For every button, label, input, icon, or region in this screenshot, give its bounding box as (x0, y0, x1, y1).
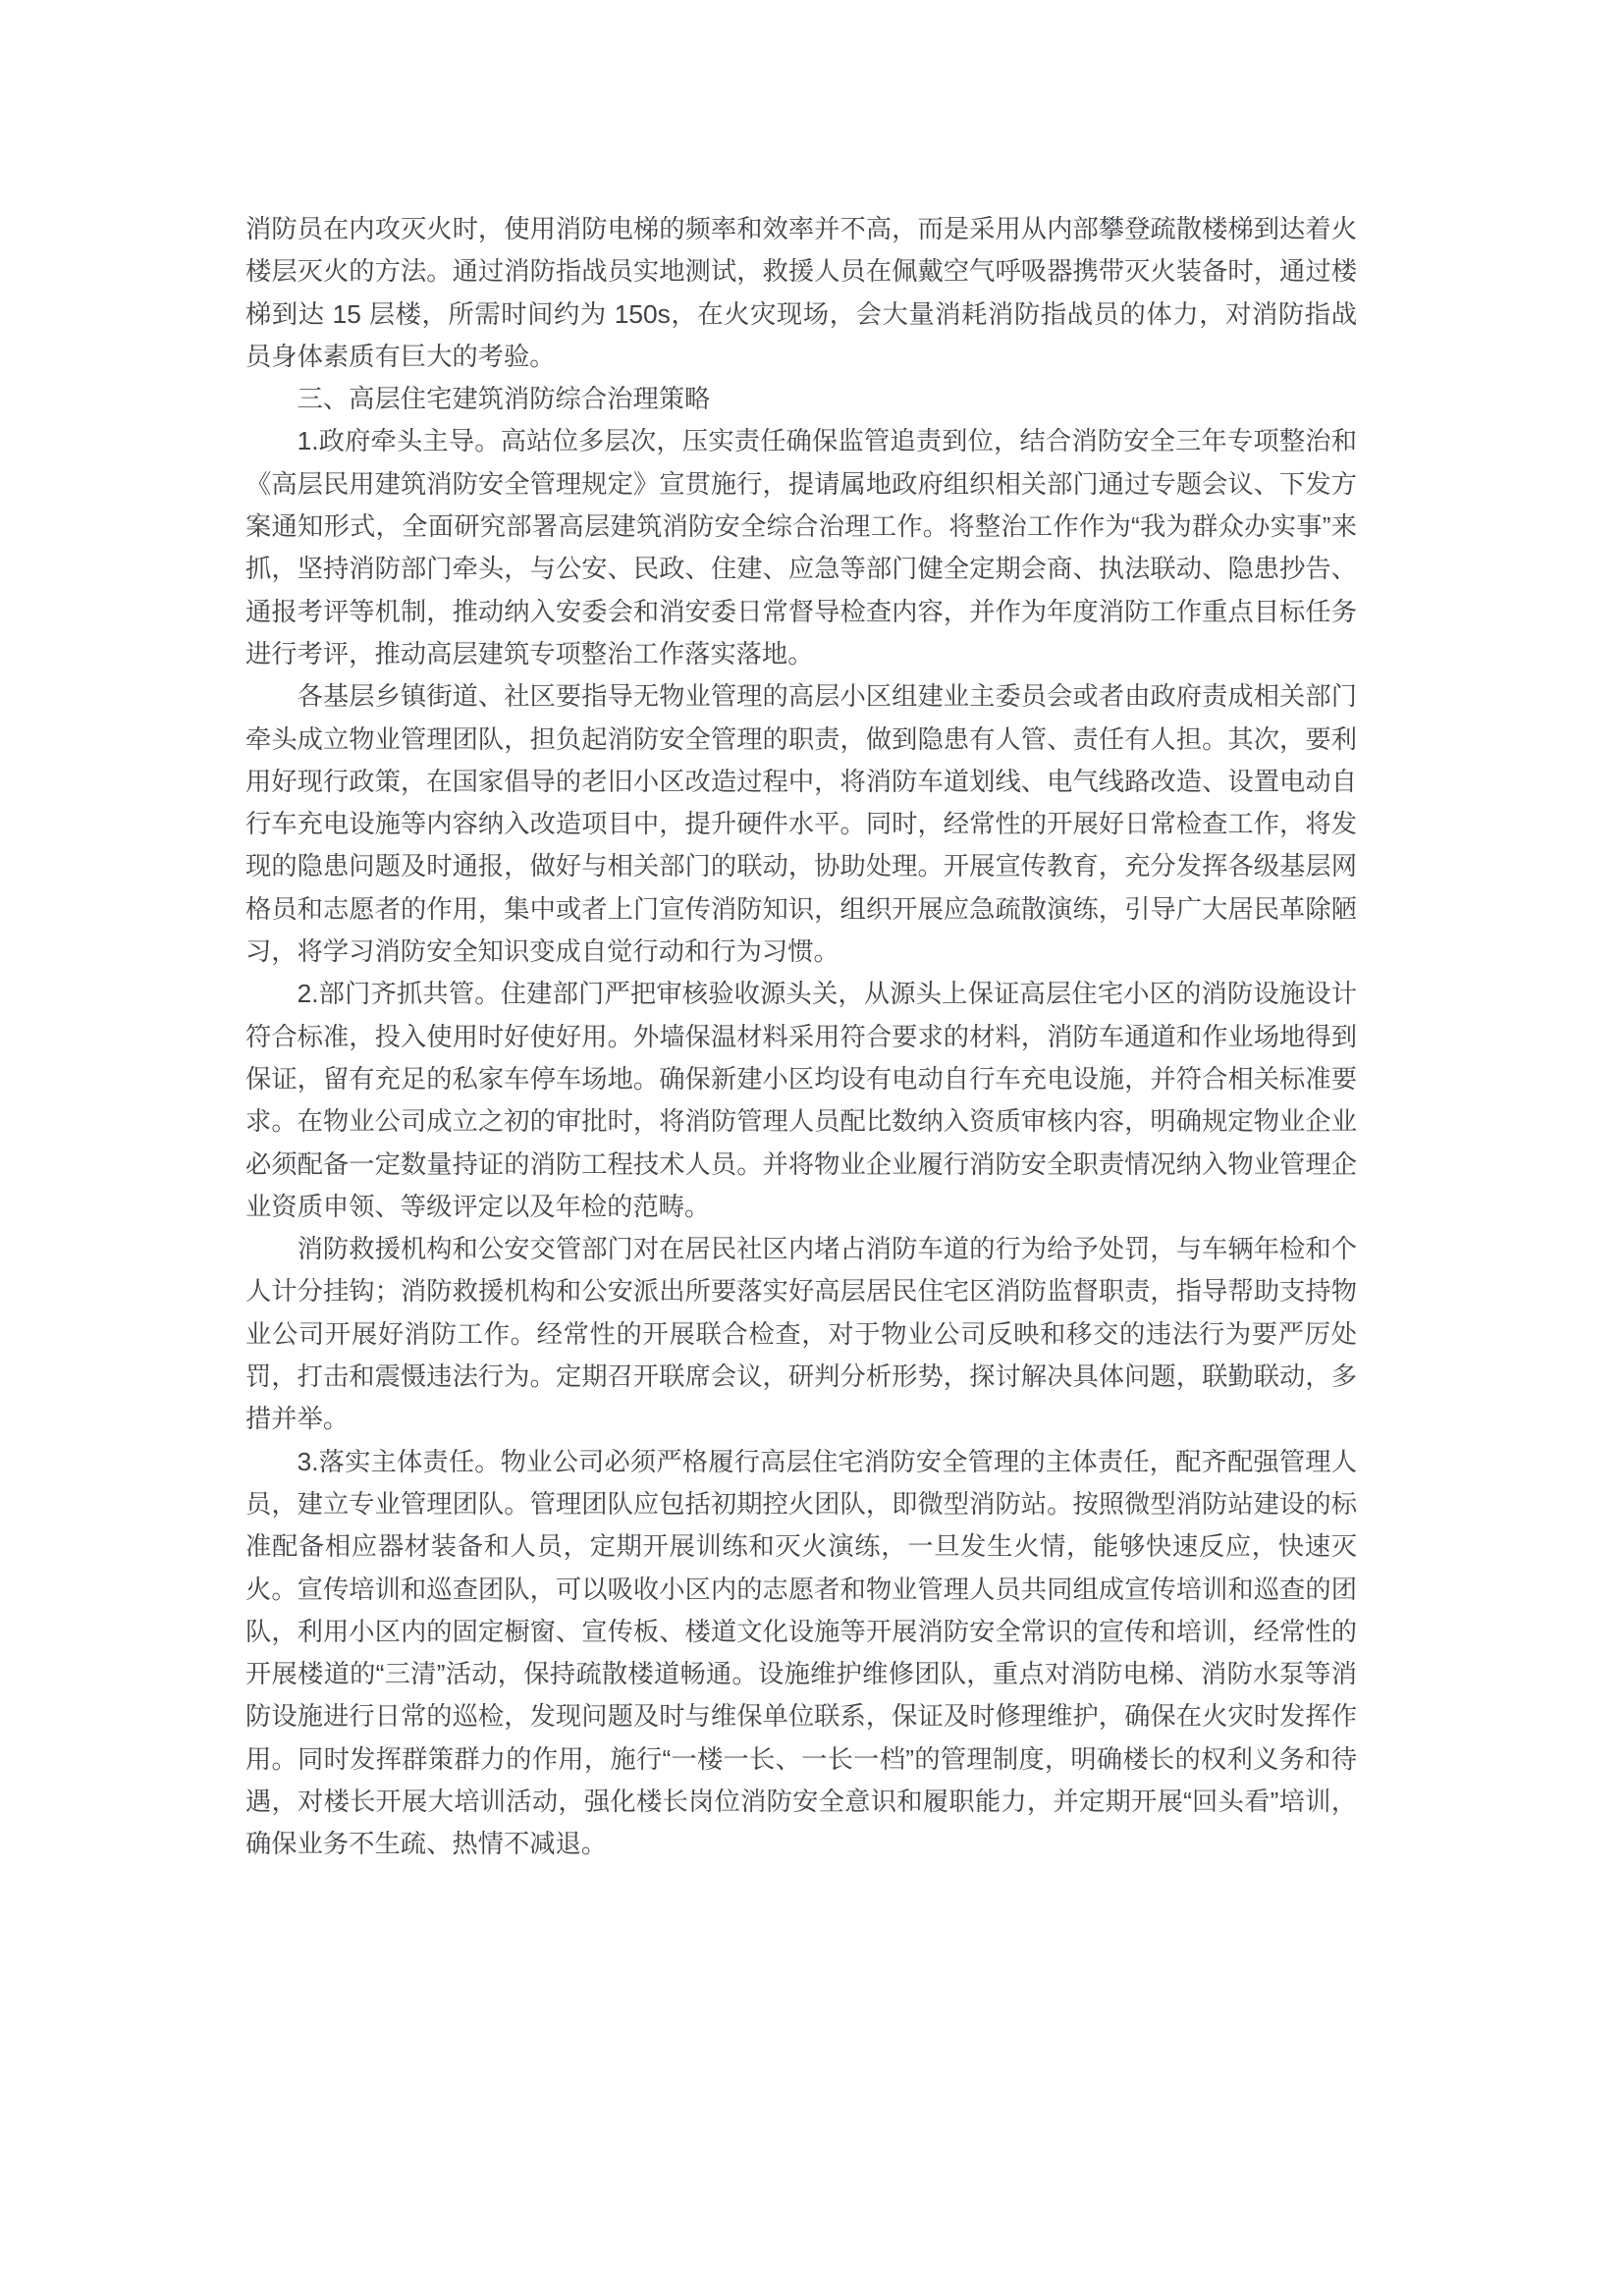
body-paragraph-continued: 消防员在内攻灭火时，使用消防电梯的频率和效率并不高，而是采用从内部攀登疏散楼梯到… (245, 208, 1357, 378)
section-heading: 三、高层住宅建筑消防综合治理策略 (245, 378, 1357, 420)
body-paragraph-1: 1.政府牵头主导。高站位多层次，压实责任确保监管追责到位，结合消防安全三年专项整… (245, 420, 1357, 675)
body-paragraph-3: 2.部门齐抓共管。住建部门严把审核验收源头关，从源头上保证高层住宅小区的消防设施… (245, 973, 1357, 1228)
body-paragraph-5: 3.落实主体责任。物业公司必须严格履行高层住宅消防安全管理的主体责任，配齐配强管… (245, 1441, 1357, 1866)
document-text-block: 消防员在内攻灭火时，使用消防电梯的频率和效率并不高，而是采用从内部攀登疏散楼梯到… (245, 208, 1357, 1866)
body-paragraph-4: 消防救援机构和公安交管部门对在居民社区内堵占消防车道的行为给予处罚，与车辆年检和… (245, 1228, 1357, 1440)
document-page: 消防员在内攻灭火时，使用消防电梯的频率和效率并不高，而是采用从内部攀登疏散楼梯到… (0, 0, 1624, 2296)
body-paragraph-2: 各基层乡镇街道、社区要指导无物业管理的高层小区组建业主委员会或者由政府责成相关部… (245, 675, 1357, 973)
